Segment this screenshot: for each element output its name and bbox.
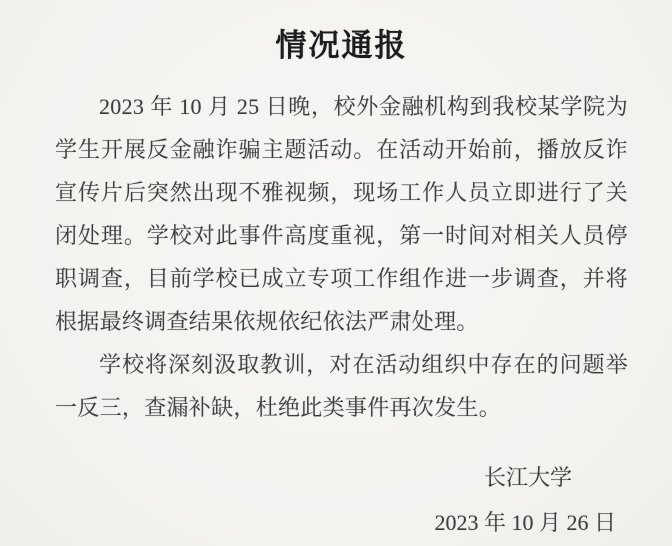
notice-paragraph-1: 2023 年 10 月 25 日晚，校外金融机构到我校某学院为学生开展反金融诈骗… xyxy=(55,85,628,343)
notice-title: 情况通报 xyxy=(55,20,628,65)
signature-date: 2023 年 10 月 26 日 xyxy=(55,500,628,545)
signature-block: 长江大学 2023 年 10 月 26 日 xyxy=(55,455,628,545)
notice-document: 情况通报 2023 年 10 月 25 日晚，校外金融机构到我校某学院为学生开展… xyxy=(0,0,672,546)
signature-org: 长江大学 xyxy=(55,455,628,500)
notice-paragraph-2: 学校将深刻汲取教训，对在活动组织中存在的问题举一反三，查漏补缺，杜绝此类事件再次… xyxy=(55,343,628,429)
